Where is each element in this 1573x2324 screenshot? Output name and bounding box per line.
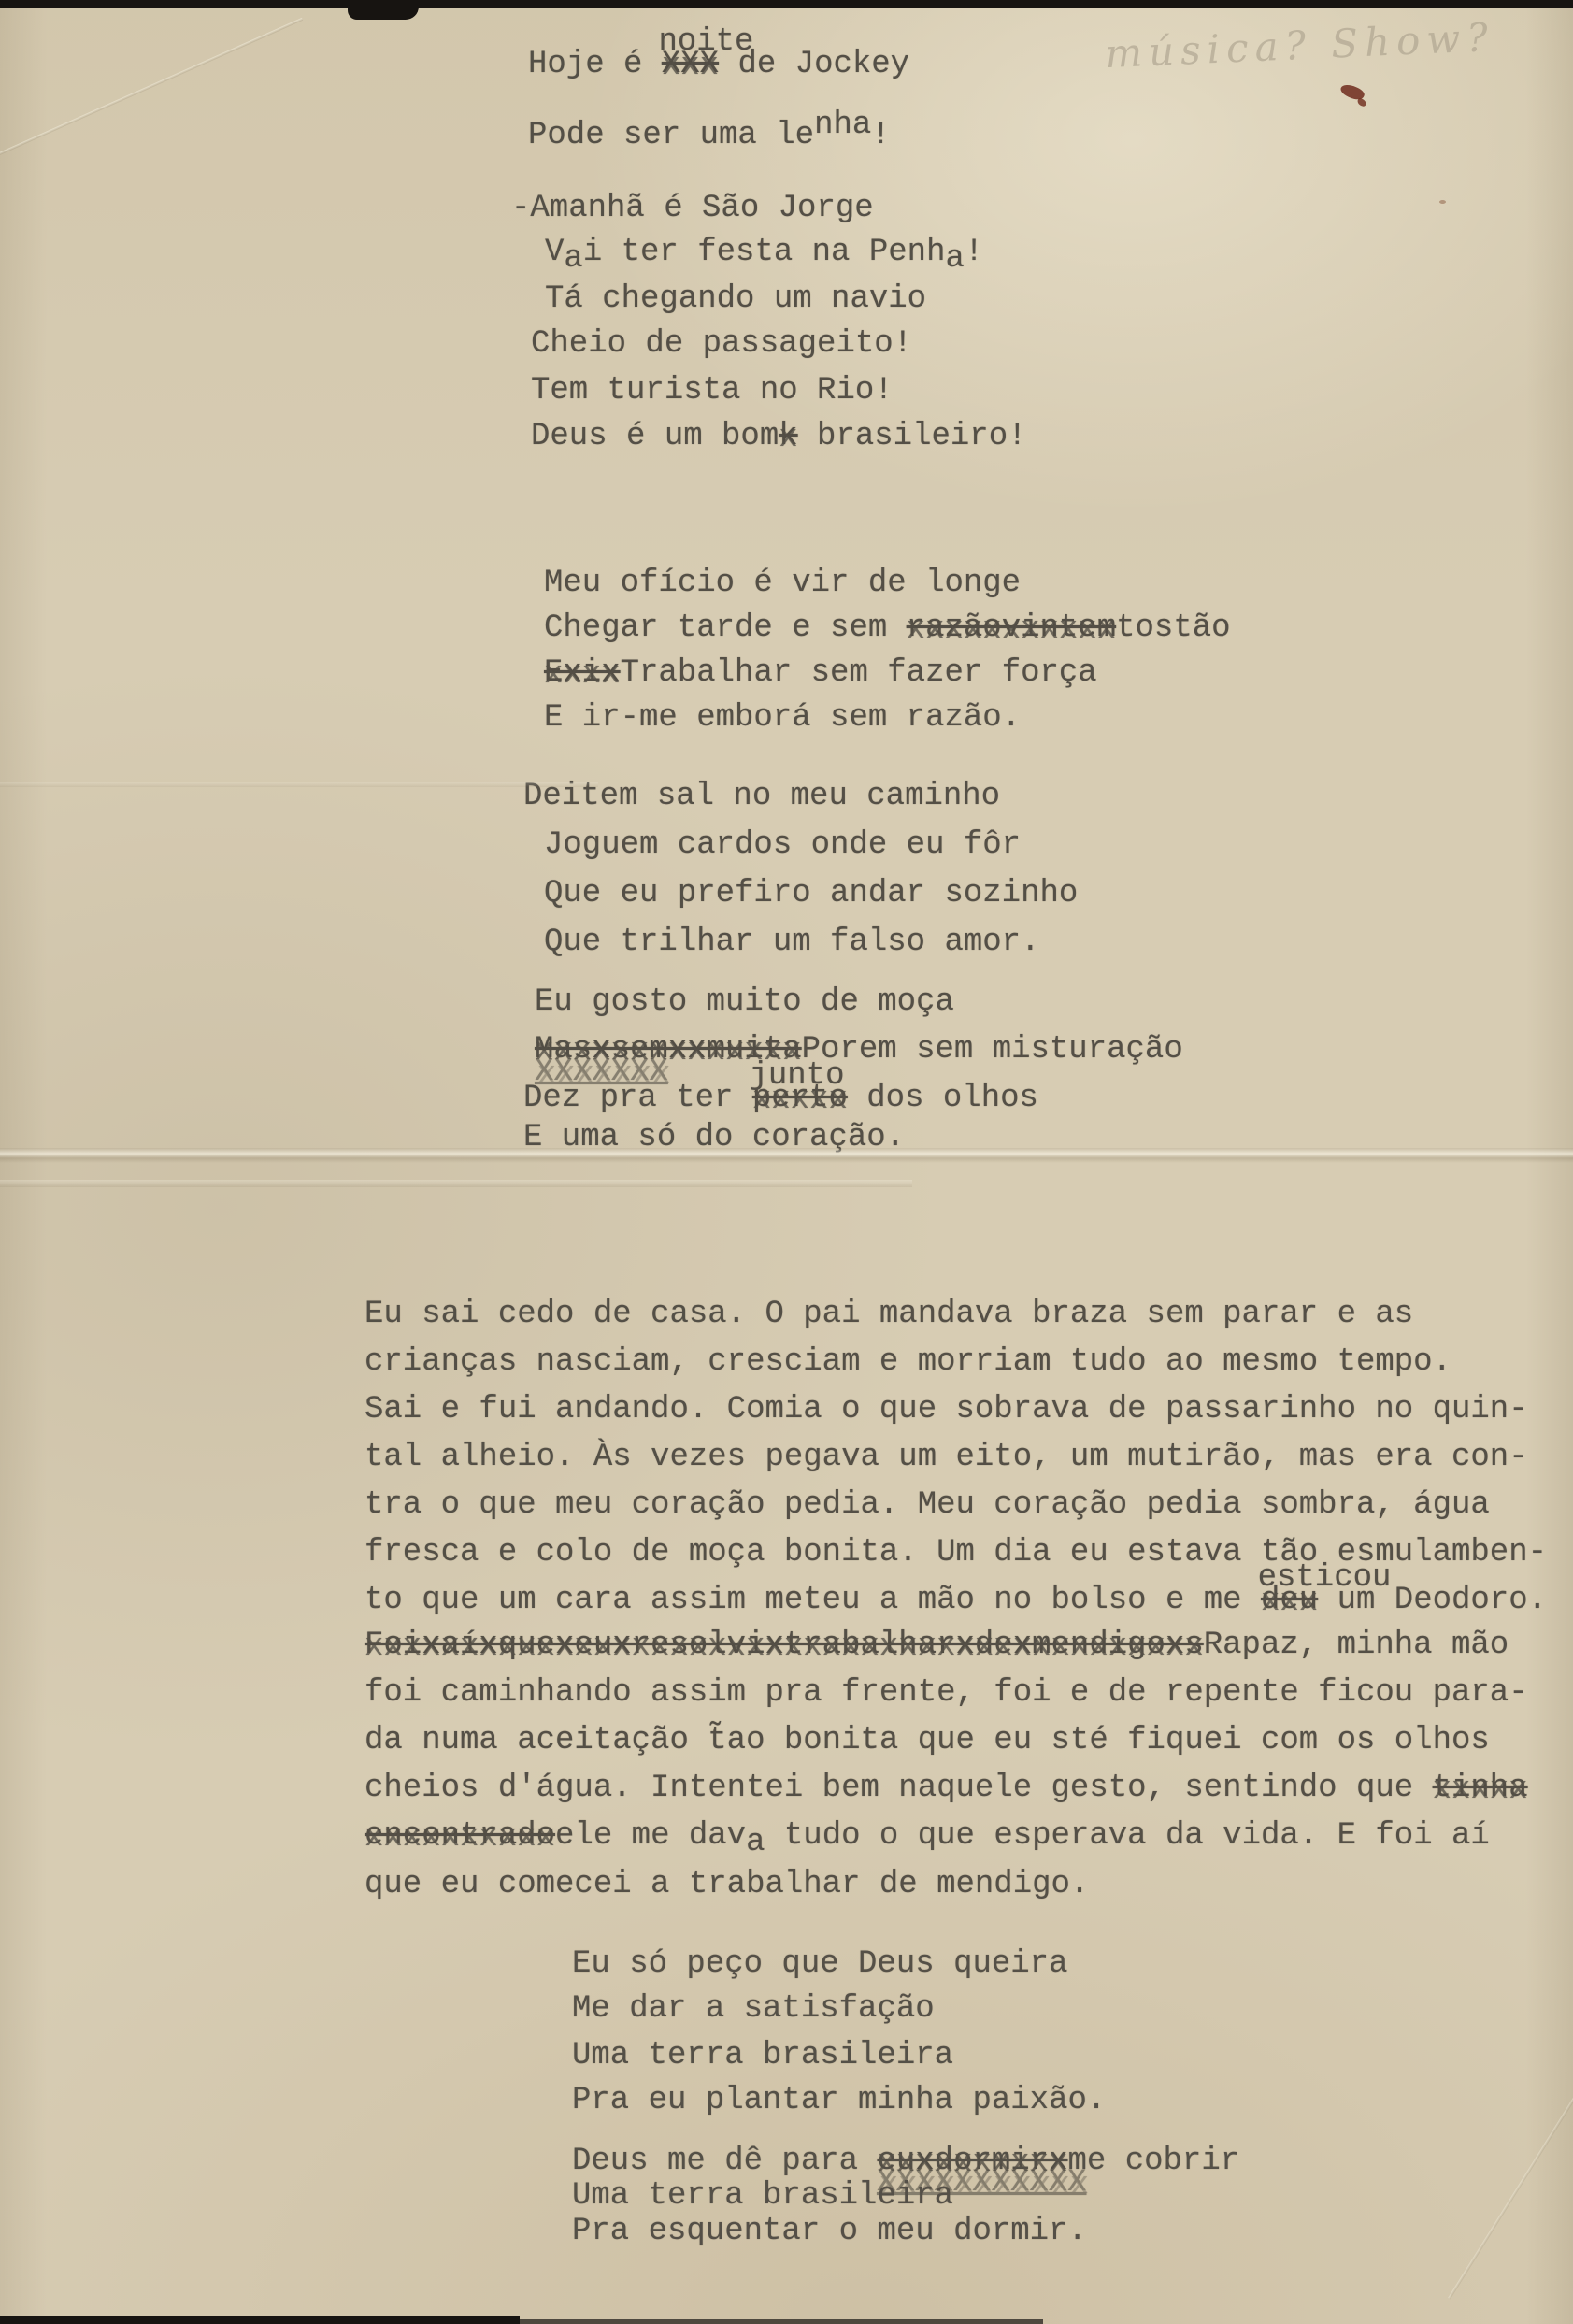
text-line: Hoje é XXXnoite de Jockey: [528, 47, 909, 83]
text-line: Pra esquentar o meu dormir.: [572, 2214, 1087, 2250]
text-line: Que trilhar um falso amor.: [544, 925, 1040, 961]
text-line: E uma só do coração.: [523, 1120, 905, 1156]
text-line: Meu ofício é vir de longe: [544, 566, 1021, 602]
typewritten-text: Hoje é XXXnoite de JockeyPode ser uma le…: [0, 0, 1573, 2324]
text-line: Deus é um bomk brasileiro!: [531, 419, 1027, 455]
text-line: da numa aceitação t̃ao bonita que eu sté…: [365, 1723, 1490, 1759]
text-line: Deitem sal no meu caminho: [523, 779, 1000, 815]
scan-edge-bottom-mid: [520, 2319, 1043, 2324]
text-line: Vai ter festa na Penha!: [545, 235, 983, 271]
text-line: E ir-me emborá sem razão.: [544, 700, 1021, 737]
scan-edge-bottom-left: [0, 2316, 520, 2324]
text-line: Uma terra brasileira: [572, 2178, 953, 2215]
text-line: Dez pra ter pertojunto dos olhos: [523, 1081, 1038, 1117]
text-line: Eu gosto muito de moça: [535, 984, 954, 1021]
text-line: Pra eu plantar minha paixão.: [572, 2083, 1106, 2119]
text-line: tal alheio. Às vezes pegava um eito, um …: [365, 1440, 1528, 1476]
text-line: Que eu prefiro andar sozinho: [544, 876, 1078, 912]
text-line: Foixaíxquexeuxresolvixtrabalharxdexmendi…: [365, 1628, 1509, 1664]
text-line: foi caminhando assim pra frente, foi e d…: [365, 1675, 1528, 1712]
text-line: cheios d'água. Intentei bem naquele gest…: [365, 1771, 1528, 1807]
text-line: ExixTrabalhar sem fazer força: [544, 655, 1097, 692]
text-line: Joguem cardos onde eu fôr: [544, 827, 1021, 864]
text-line: Pode ser uma lenha!: [528, 118, 891, 154]
text-line: Tem turista no Rio!: [531, 373, 894, 409]
text-line: que eu comecei a trabalhar de mendigo.: [365, 1867, 1089, 1903]
text-line: Eu só peço que Deus queira: [572, 1946, 1068, 1983]
text-line: to que um cara assim meteu a mão no bols…: [365, 1583, 1547, 1619]
text-line: Chegar tarde e sem razãovintemtostão: [544, 610, 1231, 647]
text-line: Tá chegando um navio: [545, 281, 926, 318]
scan-edge-tear: [348, 6, 419, 20]
text-line: crianças nasciam, cresciam e morriam tud…: [365, 1344, 1451, 1381]
text-line: -Amanhã é São Jorge: [511, 191, 874, 227]
text-line: Cheio de passageito!: [531, 326, 912, 363]
text-line: Sai e fui andando. Comia o que sobrava d…: [365, 1392, 1528, 1428]
paper-sheet: música? Show? Hoje é XXXnoite de JockeyP…: [0, 0, 1573, 2324]
text-line: Eu sai cedo de casa. O pai mandava braza…: [365, 1297, 1413, 1333]
text-line: Uma terra brasileira: [572, 2038, 953, 2074]
text-line: tra o que meu coração pedia. Meu coração…: [365, 1487, 1490, 1524]
text-line: encontradoele me dava tudo o que esperav…: [365, 1818, 1490, 1855]
scan-edge-top: [0, 0, 1573, 8]
text-line: Me dar a satisfação: [572, 1991, 935, 2028]
